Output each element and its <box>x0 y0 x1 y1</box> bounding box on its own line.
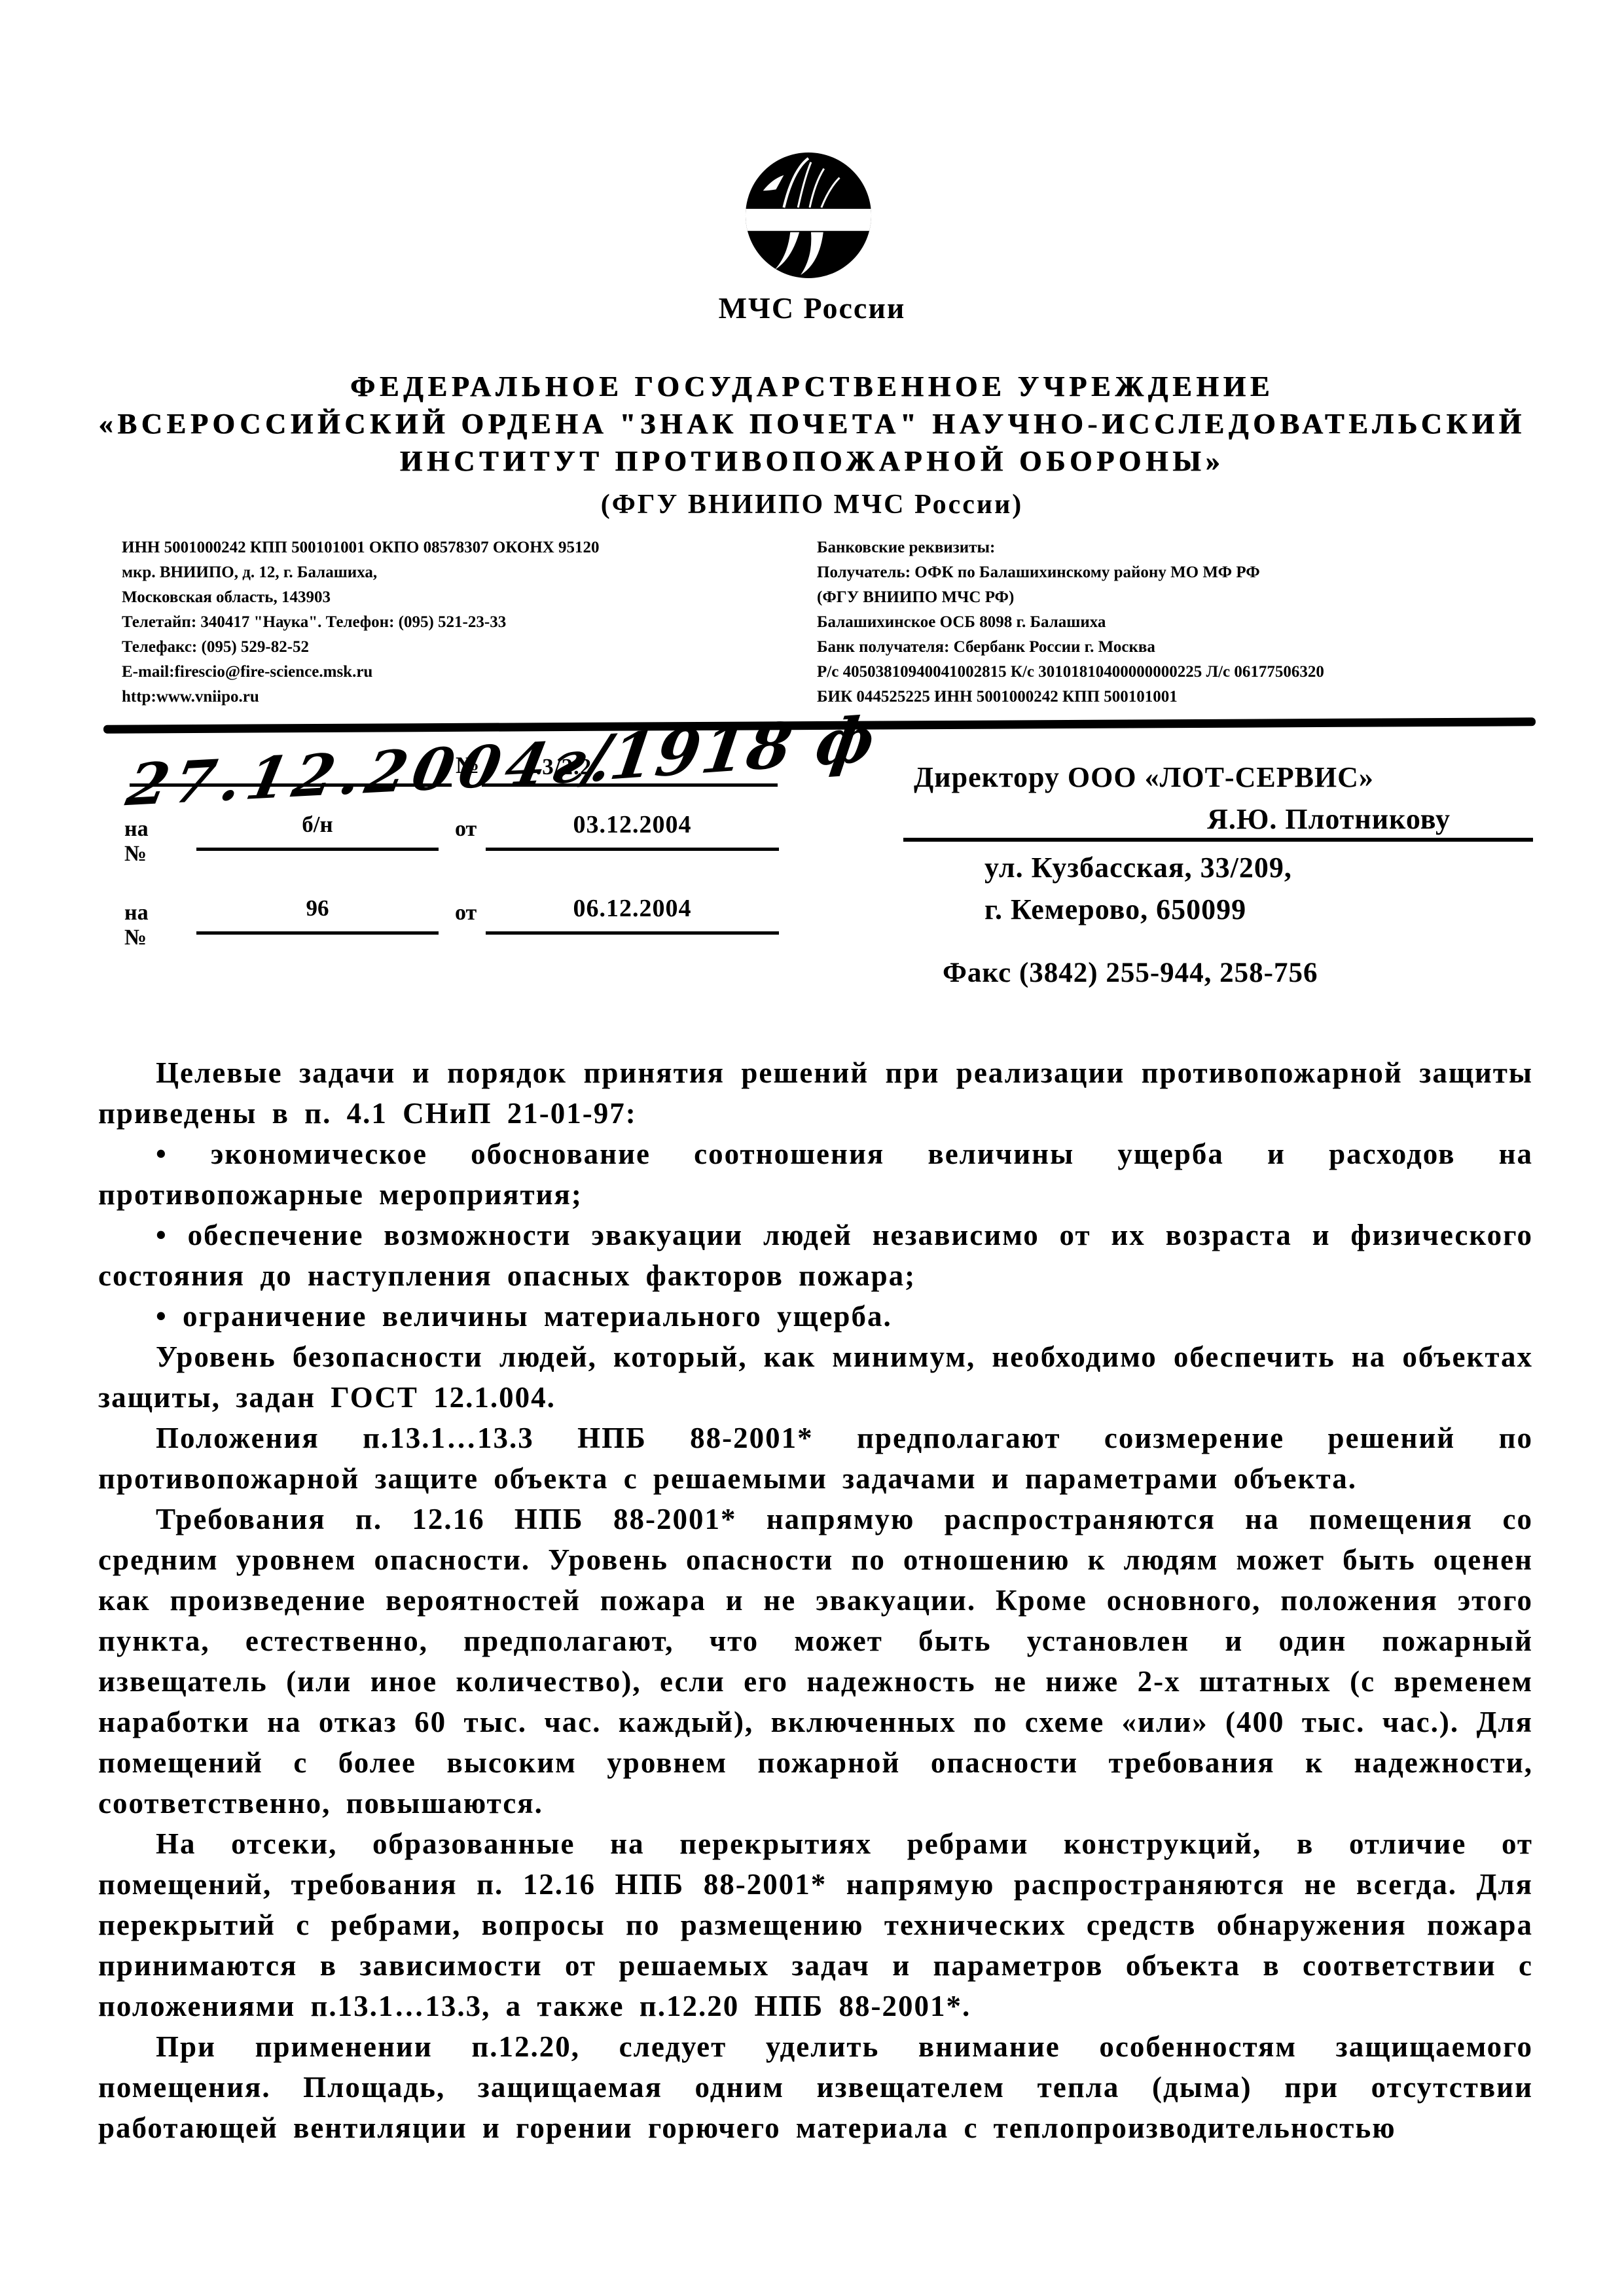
requisites-line: Банк получателя: Сбербанк России г. Моск… <box>817 635 1550 660</box>
incoming-ref-date: 06.12.2004 <box>486 894 779 935</box>
org-name-line2: «ВСЕРОССИЙСКИЙ ОРДЕНА "ЗНАК ПОЧЕТА" НАУЧ… <box>46 405 1578 442</box>
requisites-line: Телефакс: (095) 529-82-52 <box>122 635 776 660</box>
requisites-line: Получатель: ОФК по Балашихинскому району… <box>817 560 1550 585</box>
incoming-ref-label: на № <box>124 817 149 867</box>
number-sign: № <box>456 751 479 779</box>
body-paragraph: Требования п. 12.16 НПБ 88-2001* напряму… <box>98 1499 1533 1823</box>
scanned-letter-page: МЧС России ФЕДЕРАЛЬНОЕ ГОСУДАРСТВЕННОЕ У… <box>0 0 1624 2296</box>
incoming-ref-from-label: от <box>455 817 477 842</box>
addressee-block: Директору ООО «ЛОТ-СЕРВИС» Я.Ю. Плотнико… <box>903 761 1533 927</box>
requisites-line: Банковские реквизиты: <box>817 535 1550 560</box>
addressee-street: ул. Кузбасская, 33/209, <box>903 851 1533 885</box>
mchs-emblem-icon <box>744 151 873 280</box>
letter-body: Целевые задачи и порядок принятия решени… <box>98 1052 1533 2148</box>
date-underline <box>130 783 452 787</box>
outgoing-number: 4.3/2.2 <box>524 754 592 780</box>
addressee-underline <box>903 838 1533 842</box>
logo-caption: МЧС России <box>0 291 1624 325</box>
sender-requisites: ИНН 5001000242 КПП 500101001 ОКПО 085783… <box>122 535 776 709</box>
addressee-city: г. Кемерово, 650099 <box>903 893 1533 927</box>
outgoing-number-handwritten: /1918 ф <box>581 702 880 796</box>
body-paragraph-bullet: ограничение величины материального ущерб… <box>98 1296 1533 1336</box>
org-name-short: (ФГУ ВНИИПО МЧС России) <box>46 485 1578 524</box>
incoming-ref-from-label: от <box>455 901 477 925</box>
incoming-ref-number: б/н <box>196 812 439 851</box>
requisites-line: БИК 044525225 ИНН 5001000242 КПП 5001010… <box>817 685 1550 709</box>
requisites-line: Балашихинское ОСБ 8098 г. Балашиха <box>817 610 1550 635</box>
org-name-line3: ИНСТИТУТ ПРОТИВОПОЖАРНОЙ ОБОРОНЫ» <box>46 442 1578 480</box>
requisites-line: Р/с 40503810940041002815 К/с 30101810400… <box>817 660 1550 685</box>
requisites-line: http:www.vniipo.ru <box>122 685 776 709</box>
fax-line: Факс (3842) 255-944, 258-756 <box>943 957 1318 989</box>
body-paragraph: При применении п.12.20, следует уделить … <box>98 2026 1533 2148</box>
bank-requisites: Банковские реквизиты: Получатель: ОФК по… <box>817 535 1550 709</box>
addressee-name: Я.Ю. Плотникову <box>903 802 1533 836</box>
incoming-ref-number: 96 <box>196 895 439 935</box>
body-paragraph: На отсеки, образованные на перекрытиях р… <box>98 1823 1533 2026</box>
requisites-line: Московская область, 143903 <box>122 585 776 610</box>
incoming-ref-label: на № <box>124 901 149 950</box>
requisites-line: мкр. ВНИИПО, д. 12, г. Балашиха, <box>122 560 776 585</box>
org-name-line1: ФЕДЕРАЛЬНОЕ ГОСУДАРСТВЕННОЕ УЧРЕЖДЕНИЕ <box>46 368 1578 405</box>
incoming-ref-date: 03.12.2004 <box>486 810 779 851</box>
org-header: ФЕДЕРАЛЬНОЕ ГОСУДАРСТВЕННОЕ УЧРЕЖДЕНИЕ «… <box>46 368 1578 524</box>
requisites-line: (ФГУ ВНИИПО МЧС РФ) <box>817 585 1550 610</box>
body-paragraph-bullet: экономическое обоснование соотношения ве… <box>98 1134 1533 1215</box>
body-paragraph-bullet: обеспечение возможности эвакуации людей … <box>98 1215 1533 1296</box>
addressee-title: Директору ООО «ЛОТ-СЕРВИС» <box>903 761 1533 795</box>
requisites-line: ИНН 5001000242 КПП 500101001 ОКПО 085783… <box>122 535 776 560</box>
body-paragraph: Целевые задачи и порядок принятия решени… <box>98 1052 1533 1134</box>
body-paragraph: Положения п.13.1…13.3 НПБ 88-2001* предп… <box>98 1418 1533 1499</box>
body-paragraph: Уровень безопасности людей, который, как… <box>98 1336 1533 1418</box>
requisites-line: E-mail:firescio@fire-science.msk.ru <box>122 660 776 685</box>
requisites-line: Телетайп: 340417 "Наука". Телефон: (095)… <box>122 610 776 635</box>
